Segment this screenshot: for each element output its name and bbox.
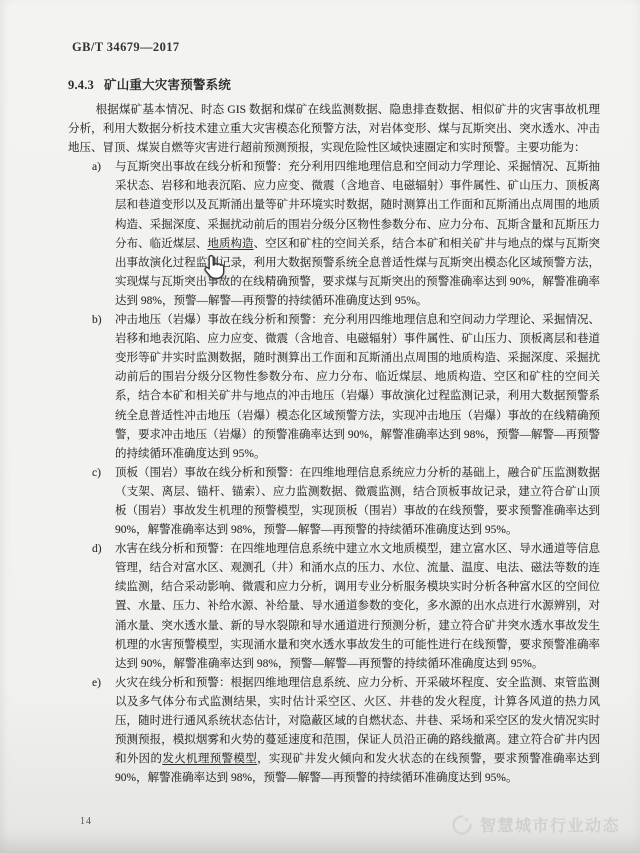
- list-item: d)水害在线分析和预警：在四维地理信息系统中建立水文地质模型，建立富水区、导水通…: [68, 540, 600, 674]
- page-number: 14: [80, 816, 92, 827]
- item-label: b): [92, 311, 102, 330]
- list-item: b)冲击地压（岩爆）事故在线分析和预警：充分利用四维地理信息和空间动力学理论、采…: [68, 311, 600, 464]
- item-text: 火灾在线分析和预警：根据四维地理信息系统、应力分析、开采破坏程度、安全监测、束管…: [115, 677, 600, 784]
- watermark-text: 智慧城市行业动态: [480, 813, 620, 836]
- text-segment: 水害在线分析和预警：在四维地理信息系统中建立水文地质模型，建立富水区、导水通道等…: [115, 543, 600, 670]
- item-text: 水害在线分析和预警：在四维地理信息系统中建立水文地质模型，建立富水区、导水通道等…: [115, 543, 600, 670]
- section-number: 9.4.3: [68, 78, 94, 92]
- underlined-phrase: 发火机理预警模型: [162, 753, 257, 765]
- watermark-logo-icon: [451, 814, 473, 836]
- watermark: 智慧城市行业动态: [451, 813, 620, 836]
- text-segment: 顶板（围岩）事故在线分析和预警：在四维地理信息系统应力分析的基础上，融合矿压监测…: [115, 467, 600, 536]
- text-segment: 冲击地压（岩爆）事故在线分析和预警：充分利用四维地理信息和空间动力学理论、采掘情…: [115, 314, 600, 460]
- list-item: e)火灾在线分析和预警：根据四维地理信息系统、应力分析、开采破坏程度、安全监测、…: [68, 674, 600, 789]
- item-label: c): [92, 464, 101, 483]
- document-body: 根据煤矿基本情况、时态 GIS 数据和煤矿在线监测数据、隐患排查数据、相似矿井的…: [68, 101, 600, 813]
- item-label: a): [92, 158, 101, 177]
- hand-cursor-icon: [203, 254, 227, 280]
- text-segment: 与瓦斯突出事故在线分析和预警：充分利用四维地理信息和空间动力学理论、采掘情况、瓦…: [115, 161, 600, 249]
- standard-number-header: GB/T 34679—2017: [72, 40, 180, 55]
- section-title: 矿山重大灾害预警系统: [104, 78, 231, 92]
- section-heading: 9.4.3矿山重大灾害预警系统: [68, 75, 231, 93]
- item-text: 与瓦斯突出事故在线分析和预警：充分利用四维地理信息和空间动力学理论、采掘情况、瓦…: [115, 161, 600, 307]
- item-list: a)与瓦斯突出事故在线分析和预警：充分利用四维地理信息和空间动力学理论、采掘情况…: [68, 158, 600, 788]
- intro-paragraph: 根据煤矿基本情况、时态 GIS 数据和煤矿在线监测数据、隐患排查数据、相似矿井的…: [68, 101, 600, 158]
- item-label: d): [92, 540, 102, 559]
- text-segment: 火灾在线分析和预警：根据四维地理信息系统、应力分析、开采破坏程度、安全监测、束管…: [115, 677, 600, 765]
- list-item: c)顶板（围岩）事故在线分析和预警：在四维地理信息系统应力分析的基础上，融合矿压…: [68, 464, 600, 540]
- scanned-document-page: GB/T 34679—2017 9.4.3矿山重大灾害预警系统 根据煤矿基本情况…: [0, 0, 640, 853]
- underlined-phrase: 地质构造: [207, 238, 253, 250]
- item-label: e): [92, 674, 101, 693]
- list-item: a)与瓦斯突出事故在线分析和预警：充分利用四维地理信息和空间动力学理论、采掘情况…: [68, 158, 600, 311]
- item-text: 顶板（围岩）事故在线分析和预警：在四维地理信息系统应力分析的基础上，融合矿压监测…: [115, 467, 600, 536]
- item-text: 冲击地压（岩爆）事故在线分析和预警：充分利用四维地理信息和空间动力学理论、采掘情…: [115, 314, 600, 460]
